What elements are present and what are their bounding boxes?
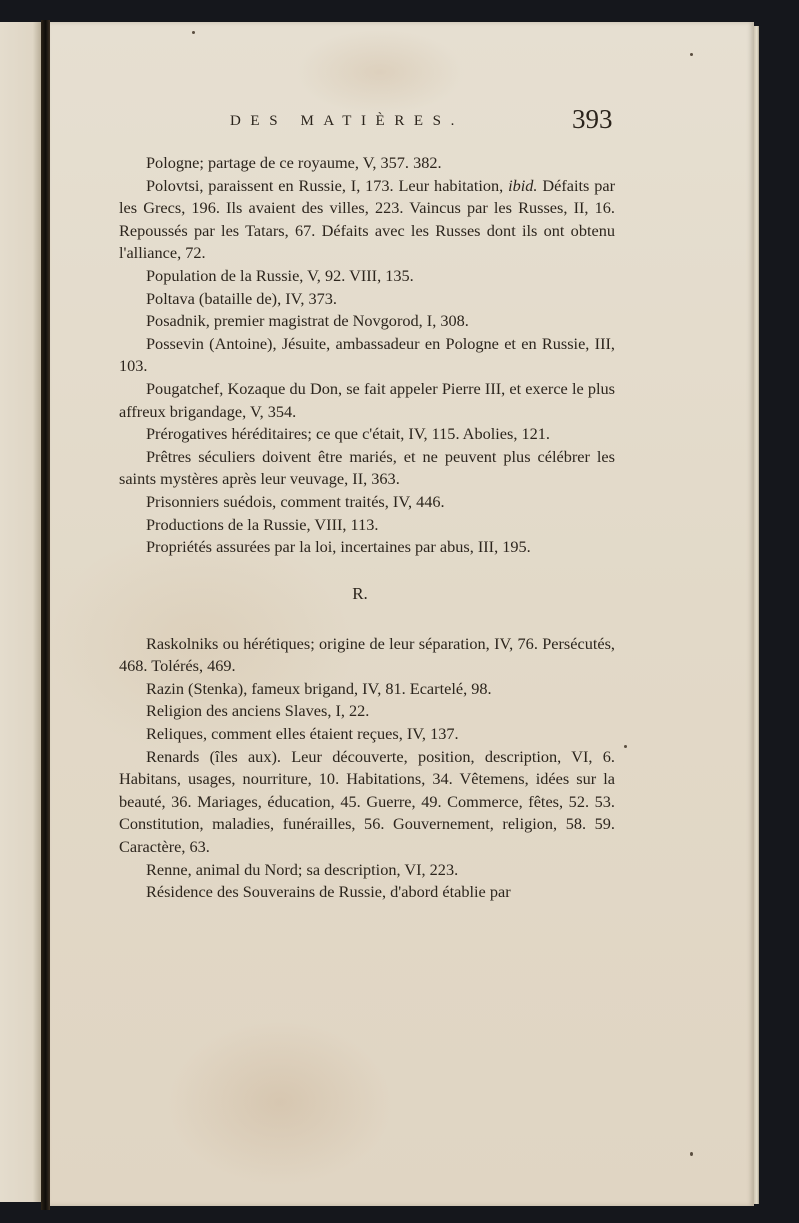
index-entry: Prêtres séculiers doivent être mariés, e…: [119, 446, 615, 491]
section-letter-heading: R.: [112, 583, 608, 605]
index-entry: Razin (Stenka), fameux brigand, IV, 81. …: [119, 678, 615, 701]
index-entry: Productions de la Russie, VIII, 113.: [119, 514, 615, 537]
paper-speck: [690, 53, 693, 56]
entry-lead: Polovtsi, paraissent en Russie, I, 173. …: [146, 176, 508, 195]
index-entry: Reliques, comment elles étaient reçues, …: [119, 723, 615, 746]
index-entry: Pologne; partage de ce royaume, V, 357. …: [119, 152, 615, 175]
index-entry: Raskolniks ou hérétiques; origine de leu…: [119, 633, 615, 678]
facing-page-edge: [0, 22, 41, 1202]
index-entry: Poltava (bataille de), IV, 373.: [119, 288, 615, 311]
index-entry: Prérogatives héréditaires; ce que c'étai…: [119, 423, 615, 446]
paper-speck: [192, 31, 195, 34]
entry-italic-ref: ibid.: [508, 176, 537, 195]
book-gutter: [41, 20, 50, 1210]
index-entry: Posadnik, premier magistrat de Novgorod,…: [119, 310, 615, 333]
paper-speck: [624, 745, 627, 748]
page-number: 393: [572, 104, 613, 135]
index-entry: Possevin (Antoine), Jésuite, ambassadeur…: [119, 333, 615, 378]
index-entry: Religion des anciens Slaves, I, 22.: [119, 700, 615, 723]
index-entry: Propriétés assurées par la loi, incertai…: [119, 536, 615, 559]
index-entry: Renards (îles aux). Leur découverte, pos…: [119, 746, 615, 859]
index-entry: Polovtsi, paraissent en Russie, I, 173. …: [119, 175, 615, 265]
paper-speck: [690, 1152, 693, 1156]
index-entry: Renne, animal du Nord; sa description, V…: [119, 859, 615, 882]
index-entry: Prisonniers suédois, comment traités, IV…: [119, 491, 615, 514]
index-entries: Pologne; partage de ce royaume, V, 357. …: [119, 152, 615, 904]
page-fore-edge: [754, 26, 759, 1204]
index-entry: Résidence des Souverains de Russie, d'ab…: [119, 881, 615, 904]
running-title: DES MATIÈRES.: [230, 113, 464, 130]
index-entry: Pougatchef, Kozaque du Don, se fait appe…: [119, 378, 615, 423]
index-entry: Population de la Russie, V, 92. VIII, 13…: [119, 265, 615, 288]
